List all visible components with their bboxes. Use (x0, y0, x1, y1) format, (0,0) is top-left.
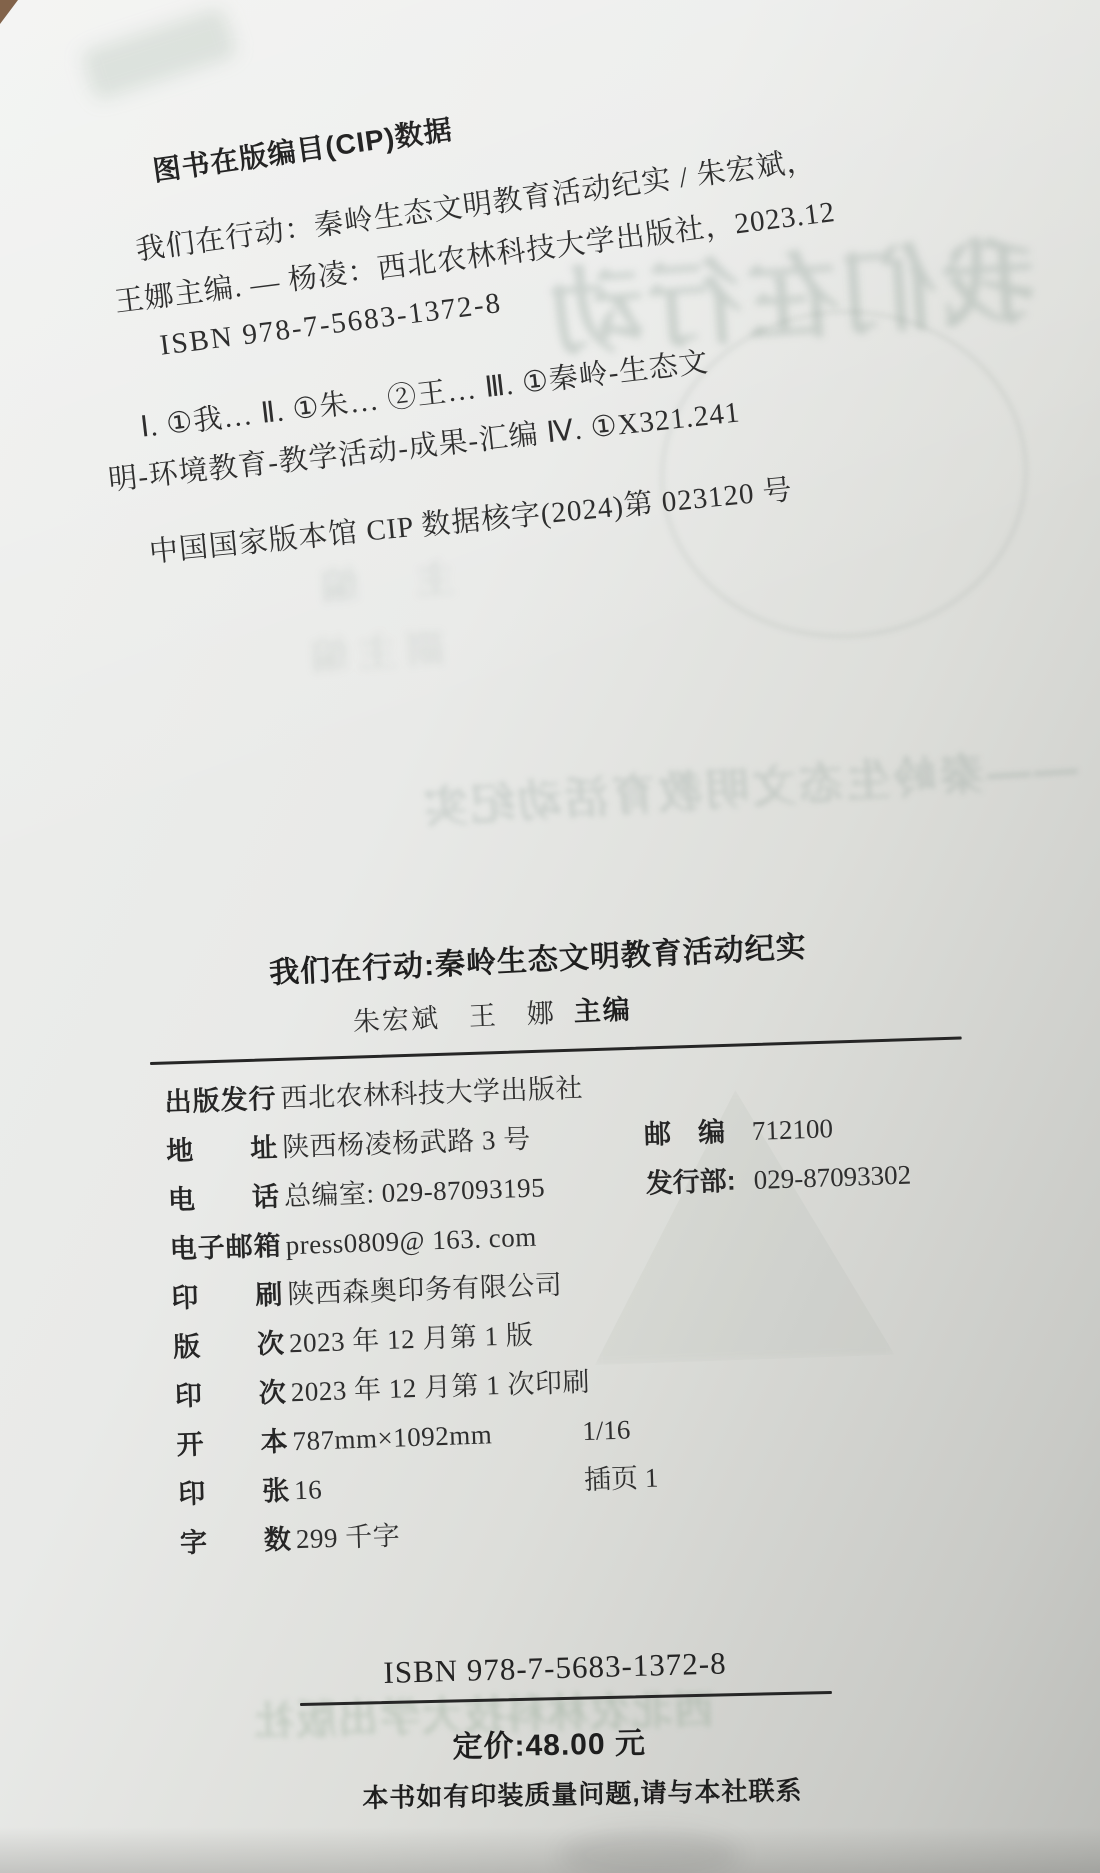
cip-header: 图书在版编目(CIP)数据 (150, 108, 455, 190)
row-label: 出版发行 (164, 1081, 277, 1121)
row-label: 地 址 (166, 1130, 279, 1170)
quality-notice: 本书如有印装质量问题,请与本社联系 (362, 1770, 803, 1815)
row-value: 787mm×1092mm (292, 1416, 493, 1459)
scanned-copyright-page: 我们在行动 主 编 副主编 ——秦岭生态文明教育活动纪实 西北农林科技大学出版社… (0, 0, 1100, 1873)
row-value-2: 712100 (751, 1110, 833, 1149)
showthrough-subtitle: ——秦岭生态文明教育活动纪实 (419, 732, 1080, 836)
row-label: 印 刷 (171, 1276, 284, 1316)
row-label: 版 次 (173, 1325, 286, 1365)
row-label: 电 话 (167, 1179, 280, 1219)
row-label: 电子邮箱 (169, 1228, 282, 1268)
row-label: 印 张 (178, 1472, 291, 1512)
row-label: 印 次 (174, 1374, 287, 1414)
row-value: press0809@ 163. com (285, 1219, 537, 1264)
colophon-table: 出版发行 西北农林科技大学出版社 地 址 陕西杨凌杨武路 3 号 邮 编 712… (150, 1056, 1007, 1575)
photo-shadow-smudge (560, 1830, 740, 1873)
showthrough-smudge (80, 6, 239, 102)
authors-line: 朱宏斌 王 娜主编 (352, 987, 632, 1039)
row-value-2: 1/16 (582, 1411, 631, 1449)
divider-rule-bottom (300, 1691, 832, 1706)
editor-label: 主编 (573, 994, 632, 1027)
price-line: 定价:48.00 元 (452, 1718, 646, 1766)
author-names: 朱宏斌 王 娜 (352, 998, 556, 1037)
footer-isbn: ISBN 978-7-5683-1372-8 (383, 1645, 727, 1691)
row-value: 16 (294, 1471, 323, 1508)
row-value-2: 插页 1 (583, 1460, 658, 1499)
row-label: 开 本 (176, 1423, 289, 1463)
row-label-2: 邮 编 (643, 1114, 725, 1153)
showthrough-editor-row: 主 编 (308, 547, 456, 612)
showthrough-deputy-editor-row: 副主编 (298, 617, 446, 682)
row-value: 总编室: 029-87093195 (283, 1169, 545, 1214)
row-value: 陕西杨凌杨武路 3 号 (282, 1121, 532, 1166)
row-value-2: 029-87093302 (753, 1157, 912, 1198)
row-label-2: 发行部: (645, 1163, 736, 1202)
row-value: 西北农林科技大学出版社 (280, 1070, 584, 1117)
row-value: 2023 年 12 月第 1 版 (288, 1317, 533, 1362)
book-title: 我们在行动:秦岭生态文明教育活动纪实 (268, 922, 808, 992)
row-value: 299 千字 (295, 1518, 400, 1558)
row-label: 字 数 (179, 1521, 292, 1561)
